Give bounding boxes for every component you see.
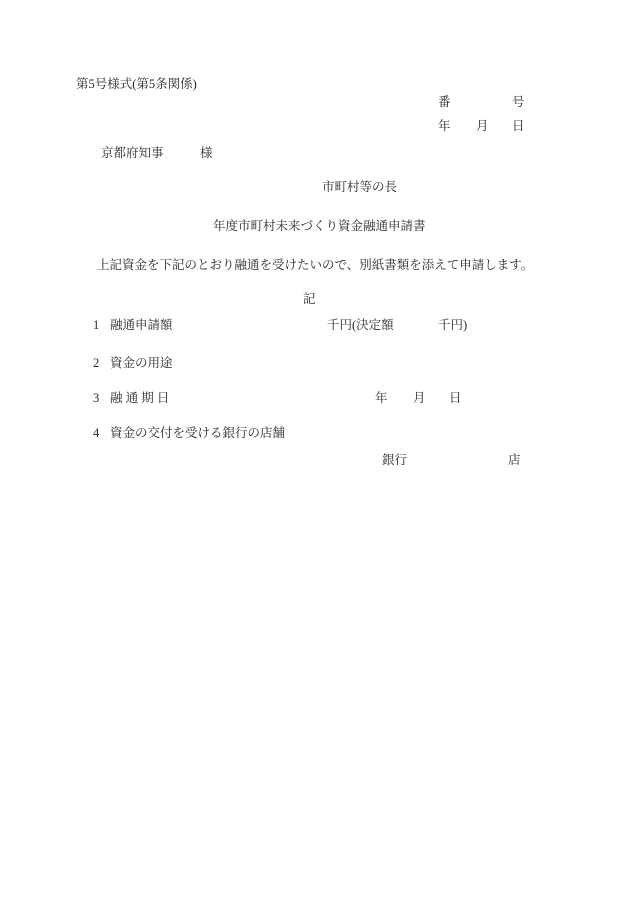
addressee-honorific: 様 — [200, 146, 213, 160]
form-style-number: 第5号様式(第5条関係) — [76, 77, 197, 91]
doc-number-gou-label: 号 — [512, 95, 525, 109]
body-paragraph: 上記資金を下記のとおり融通を受けたいので、別紙書類を添えて申請します。 — [97, 258, 533, 272]
item-1-unit-close: 千円) — [438, 318, 467, 332]
application-form-page: 第5号様式(第5条関係) 番 号 年 月 日 京都府知事 様 市町村等の長 年度… — [0, 0, 630, 903]
item-4-label: 資金の交付を受ける銀行の店舗 — [110, 426, 285, 440]
form-title: 年度市町村未来づくり資金融通申請書 — [213, 219, 426, 233]
doc-number-ban-label: 番 — [438, 95, 451, 109]
branch-label: 店 — [508, 453, 521, 467]
item-3-label: 融 通 期 日 — [110, 391, 169, 405]
item-1-label: 融通申請額 — [110, 318, 173, 332]
date-day-label: 日 — [512, 119, 525, 133]
item-3-day-label: 日 — [449, 391, 462, 405]
item-1-unit-open: 千円(決定額 — [327, 318, 394, 332]
sender-title: 市町村等の長 — [322, 180, 397, 194]
item-4-number: 4 — [93, 426, 99, 440]
item-3-number: 3 — [93, 391, 99, 405]
bank-label: 銀行 — [382, 453, 407, 467]
ki-heading: 記 — [303, 292, 316, 306]
date-year-label: 年 — [438, 119, 451, 133]
addressee-name: 京都府知事 — [101, 146, 164, 160]
item-3-month-label: 月 — [413, 391, 426, 405]
item-1-number: 1 — [93, 318, 99, 332]
item-2-number: 2 — [93, 356, 99, 370]
item-3-year-label: 年 — [375, 391, 388, 405]
date-month-label: 月 — [476, 119, 489, 133]
item-2-label: 資金の用途 — [110, 356, 173, 370]
